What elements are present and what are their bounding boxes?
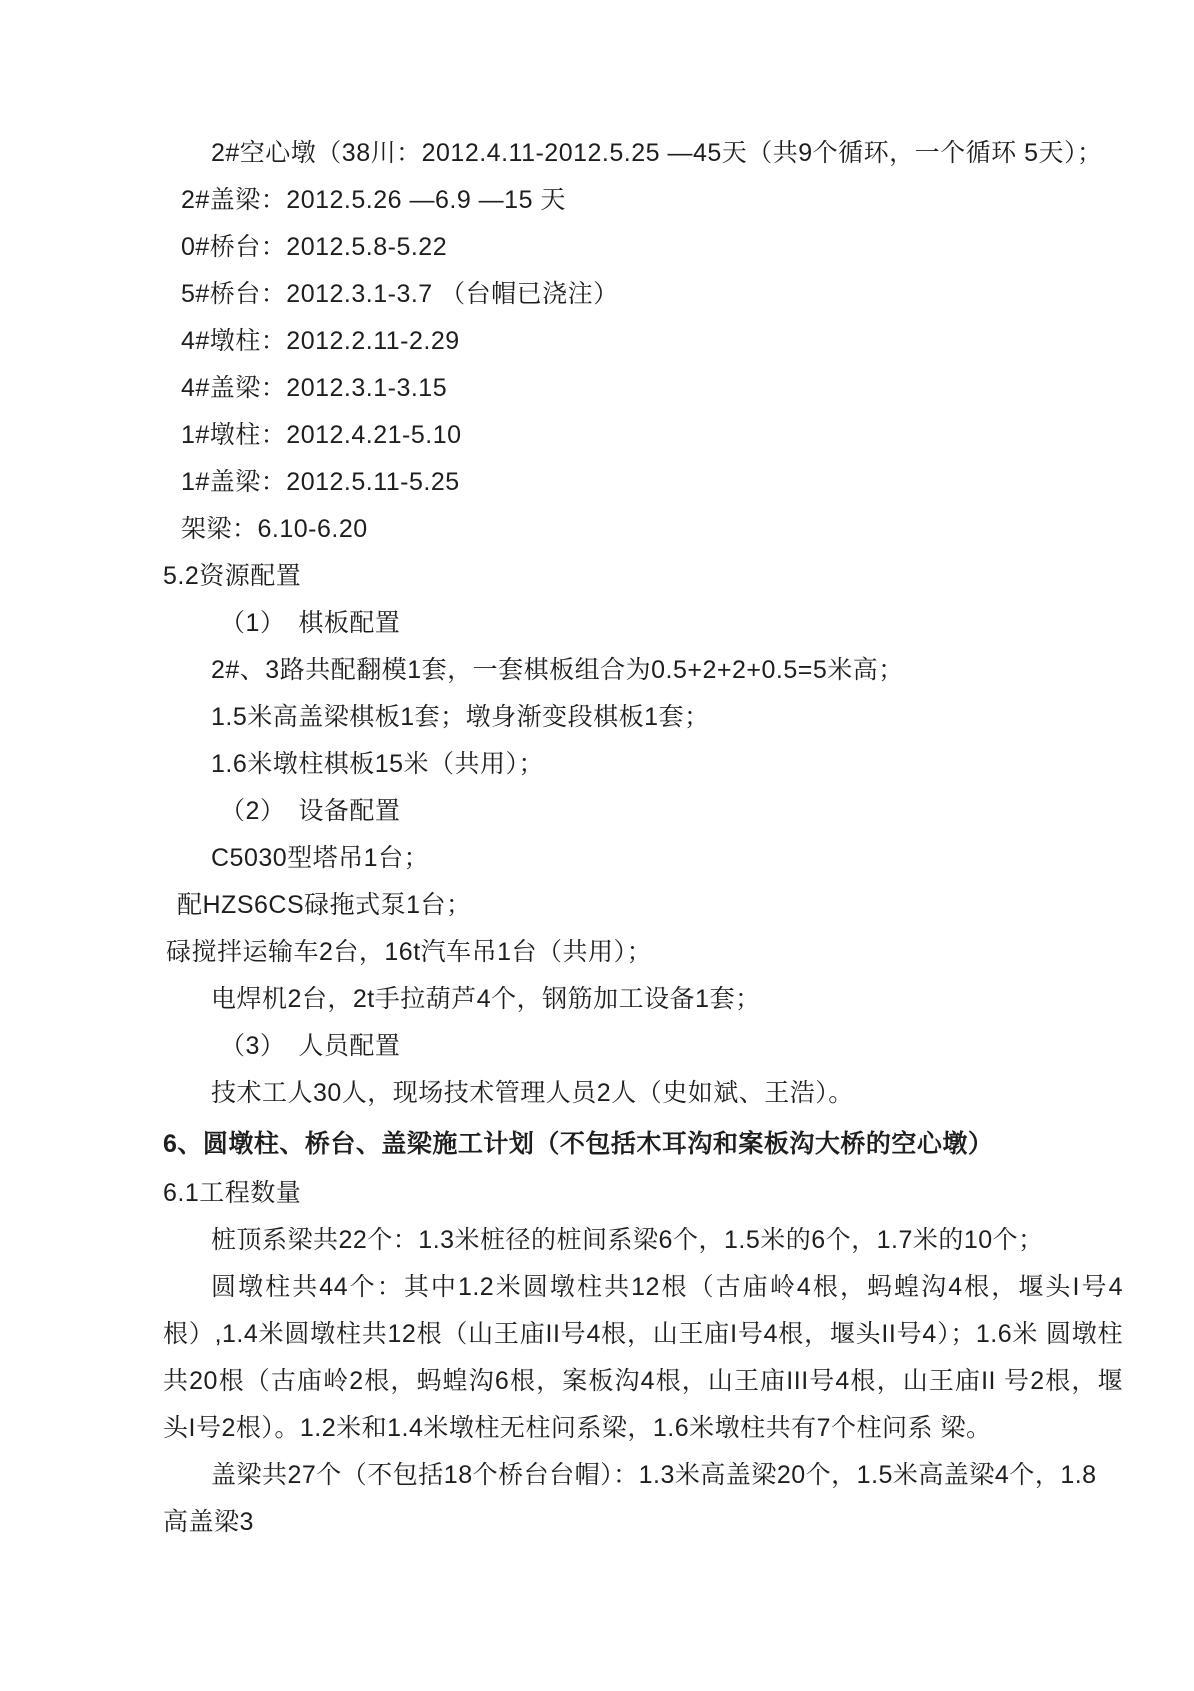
document-line: 1.6米墩柱棋板15米（共用）； (163, 741, 1123, 788)
document-line: 0#桥台：2012.5.8-5.22 (163, 224, 1123, 271)
document-line: 2#空心墩（38川：2012.4.11-2012.5.25 —45天（共9个循环… (163, 130, 1123, 177)
document-line: （2） 设备配置 (163, 788, 1123, 835)
document-line: 碌搅拌运输车2台，16t汽车吊1台（共用）； (163, 929, 1123, 976)
document-line: 圆墩柱共44个：其中1.2米圆墩柱共12根（古庙岭4根，蚂蝗沟4根，堰头I号4 … (163, 1264, 1123, 1452)
document-line: 1#盖梁：2012.5.11-5.25 (163, 459, 1123, 506)
document-line: 4#盖梁：2012.3.1-3.15 (163, 365, 1123, 412)
document-line: 盖梁共27个（不包括18个桥台台帽）：1.3米高盖梁20个，1.5米高盖梁4个，… (163, 1452, 1123, 1546)
document-line: 2#、3路共配翻模1套，一套棋板组合为0.5+2+2+0.5=5米高； (163, 647, 1123, 694)
document-line: 6、圆墩柱、桥台、盖梁施工计划（不包括木耳沟和案板沟大桥的空心墩） (163, 1121, 1123, 1168)
document-line: 配HZS6CS碌拖式泵1台； (163, 882, 1123, 929)
document-line: 5#桥台：2012.3.1-3.7 （台帽已浇注） (163, 271, 1123, 318)
document-line: （3） 人员配置 (163, 1023, 1123, 1070)
document-line: （1） 棋板配置 (163, 600, 1123, 647)
document-line: 桩顶系梁共22个：1.3米桩径的桩间系梁6个，1.5米的6个，1.7米的10个； (163, 1217, 1123, 1264)
document-line: 2#盖梁：2012.5.26 —6.9 —15 天 (163, 177, 1123, 224)
document-line: 4#墩柱：2012.2.11-2.29 (163, 318, 1123, 365)
document-line: 架梁：6.10-6.20 (163, 506, 1123, 553)
document-line: 6.1工程数量 (163, 1170, 1123, 1217)
document-content: 2#空心墩（38川：2012.4.11-2012.5.25 —45天（共9个循环… (163, 130, 1123, 1546)
document-line: 1#墩柱：2012.4.21-5.10 (163, 412, 1123, 459)
document-page: 2#空心墩（38川：2012.4.11-2012.5.25 —45天（共9个循环… (0, 0, 1194, 1691)
document-line: 1.5米高盖梁棋板1套；墩身渐变段棋板1套； (163, 694, 1123, 741)
document-line: 5.2资源配置 (163, 553, 1123, 600)
document-line: C5030型塔吊1台； (163, 835, 1123, 882)
document-line: 电焊机2台，2t手拉葫芦4个，钢筋加工设备1套； (163, 976, 1123, 1023)
document-line: 技术工人30人，现场技术管理人员2人（史如斌、王浩）。 (163, 1070, 1123, 1117)
